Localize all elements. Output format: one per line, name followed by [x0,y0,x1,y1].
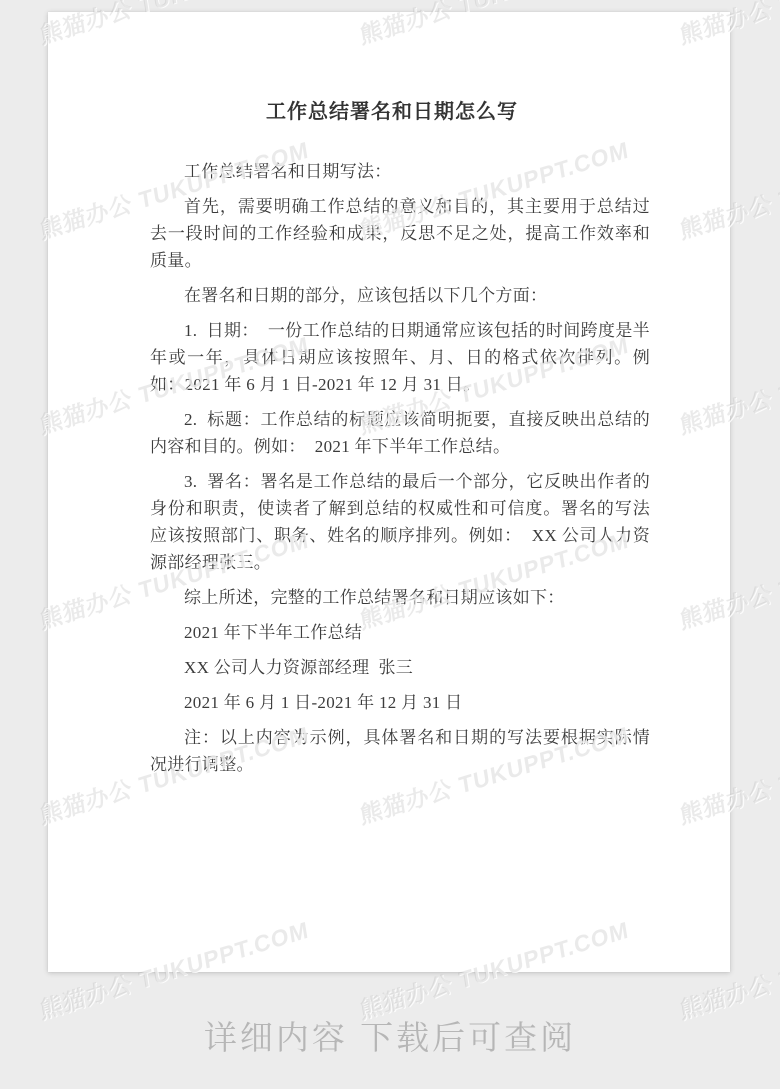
document-title: 工作总结署名和日期怎么写 [150,102,634,122]
paragraph-note: 注：以上内容为示例，具体署名和日期的写法要根据实际情况进行调整。 [150,724,650,778]
paragraph-item-title: 2. 标题：工作总结的标题应该简明扼要，直接反映出总结的内容和目的。例如： 20… [150,406,650,460]
document-page: 工作总结署名和日期怎么写 工作总结署名和日期写法： 首先，需要明确工作总结的意义… [48,12,730,972]
paragraph-aspects-lead: 在署名和日期的部分，应该包括以下几个方面： [150,282,650,309]
paragraph-summary-lead: 综上所述，完整的工作总结署名和日期应该如下： [150,584,650,611]
preview-background: 工作总结署名和日期怎么写 工作总结署名和日期写法： 首先，需要明确工作总结的意义… [0,0,780,1089]
example-line-signature: XX 公司人力资源部经理 张三 [150,654,650,681]
example-line-title: 2021 年下半年工作总结 [150,619,650,646]
paragraph-intro: 工作总结署名和日期写法： [150,158,650,185]
paragraph-purpose: 首先，需要明确工作总结的意义和目的，其主要用于总结过去一段时间的工作经验和成果，… [150,193,650,274]
paragraph-item-signature: 3. 署名：署名是工作总结的最后一个部分，它反映出作者的身份和职责，使读者了解到… [150,468,650,576]
paragraph-item-date: 1. 日期： 一份工作总结的日期通常应该包括的时间跨度是半年或一年，具体日期应该… [150,317,650,398]
footer-note: 详细内容 下载后可查阅 [0,1019,780,1057]
example-line-date: 2021 年 6 月 1 日-2021 年 12 月 31 日 [150,689,650,716]
